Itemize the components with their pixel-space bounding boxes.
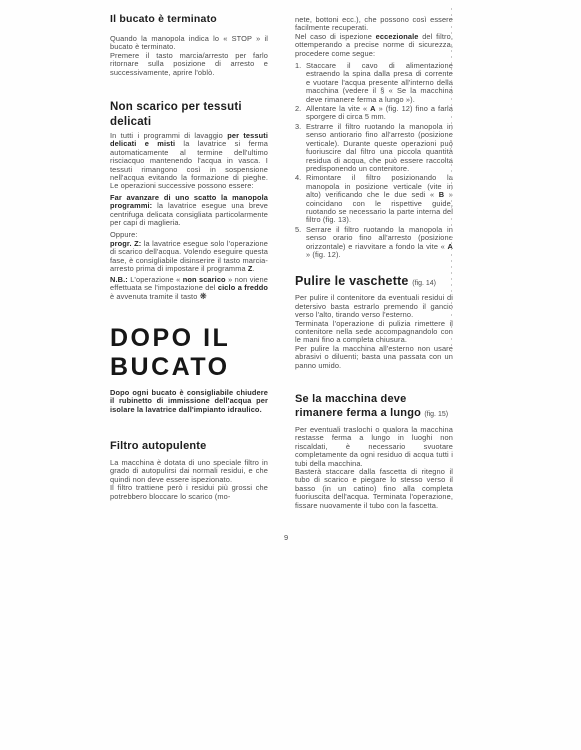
paragraph: Far avanzare di uno scatto la manopola p… [110, 194, 268, 228]
paragraph-oppure: Oppure: [110, 231, 268, 239]
figure-reference: (fig. 14) [412, 280, 436, 287]
step-text: Allentare la vite « A » (fig. 12) fino a… [306, 105, 453, 122]
section-heading-pulire-vaschette: Pulire le vaschette (fig. 14) [295, 275, 453, 290]
paragraph: Terminata l'operazione di pulizia rimett… [295, 320, 453, 345]
list-item: 4. Rimontare il filtro posizionando la m… [295, 174, 453, 224]
section-heading-bucato-terminato: Il bucato è terminato [110, 13, 268, 25]
section-heading-filtro-autopulente: Filtro autopulente [110, 440, 268, 452]
numbered-step-list: 1. Staccare il cavo di alimentazione est… [295, 62, 453, 259]
list-item: 2. Allentare la vite « A » (fig. 12) fin… [295, 105, 453, 122]
chapter-heading-line-2: BUCATO [110, 353, 268, 382]
paragraph: Per eventuali traslochi o qualora la mac… [295, 426, 453, 468]
section-heading-ferma-a-lungo: Se la macchina deve rimanere ferma a lun… [295, 392, 453, 422]
step-text: Rimontare il filtro posizionando la mano… [306, 174, 453, 224]
step-number: 5. [295, 226, 306, 260]
paragraph: Per pulire la macchina all'esterno non u… [295, 345, 453, 370]
cold-cycle-icon: ❋ [200, 291, 207, 301]
step-number: 3. [295, 123, 306, 173]
figure-reference: (fig. 15) [424, 411, 448, 418]
list-item: 3. Estrarre il filtro ruotando la manopo… [295, 123, 453, 173]
paragraph: nete, bottoni ecc.), che possono così es… [295, 16, 453, 33]
step-text: Estrarre il filtro ruotando la manopola … [306, 123, 453, 173]
paragraph: Dopo ogni bucato è consigliabile chiuder… [110, 389, 268, 414]
chapter-heading-line-1: DOPO IL [110, 324, 268, 353]
section-heading-text: Pulire le vaschette [295, 274, 409, 288]
paragraph: La macchina è dotata di uno speciale fil… [110, 459, 268, 484]
page-number: 9 [284, 533, 288, 542]
step-number: 2. [295, 105, 306, 122]
section-heading-text: Se la macchina deve rimanere ferma a lun… [295, 393, 421, 419]
section-heading-non-scarico: Non scarico per tessuti delicati [110, 100, 268, 129]
step-number: 4. [295, 174, 306, 224]
left-column: Il bucato è terminato Quando la manopola… [110, 13, 268, 501]
paragraph: Per pulire il contenitore da eventuali r… [295, 294, 453, 319]
step-text: Serrare il filtro ruotando la manopola i… [306, 226, 453, 260]
paragraph: Il filtro trattiene però i residui più g… [110, 484, 268, 501]
paragraph: Premere il tasto marcia/arresto per farl… [110, 52, 268, 77]
manual-page: { "page_number": "9", "left_column": { "… [0, 0, 581, 750]
paragraph: Nel caso di ispezione eccezionale del fi… [295, 33, 453, 58]
step-text: Staccare il cavo di alimentazione estrae… [306, 62, 453, 104]
list-item: 5. Serrare il filtro ruotando la manopol… [295, 226, 453, 260]
paragraph: progr. Z: la lavatrice esegue solo l'ope… [110, 240, 268, 274]
paragraph: Basterà staccare dalla fascetta di riteg… [295, 468, 453, 510]
paragraph-nota-bene: N.B.: L'operazione « non scarico » non v… [110, 276, 268, 302]
paragraph: Quando la manopola indica lo « STOP » il… [110, 35, 268, 52]
list-item: 1. Staccare il cavo di alimentazione est… [295, 62, 453, 104]
paragraph: In tutti i programmi di lavaggio per tes… [110, 132, 268, 191]
chapter-heading-dopo-il-bucato: DOPO IL BUCATO [110, 324, 268, 382]
page-fold-line [451, 8, 452, 353]
step-number: 1. [295, 62, 306, 104]
right-column: nete, bottoni ecc.), che possono così es… [295, 16, 453, 510]
